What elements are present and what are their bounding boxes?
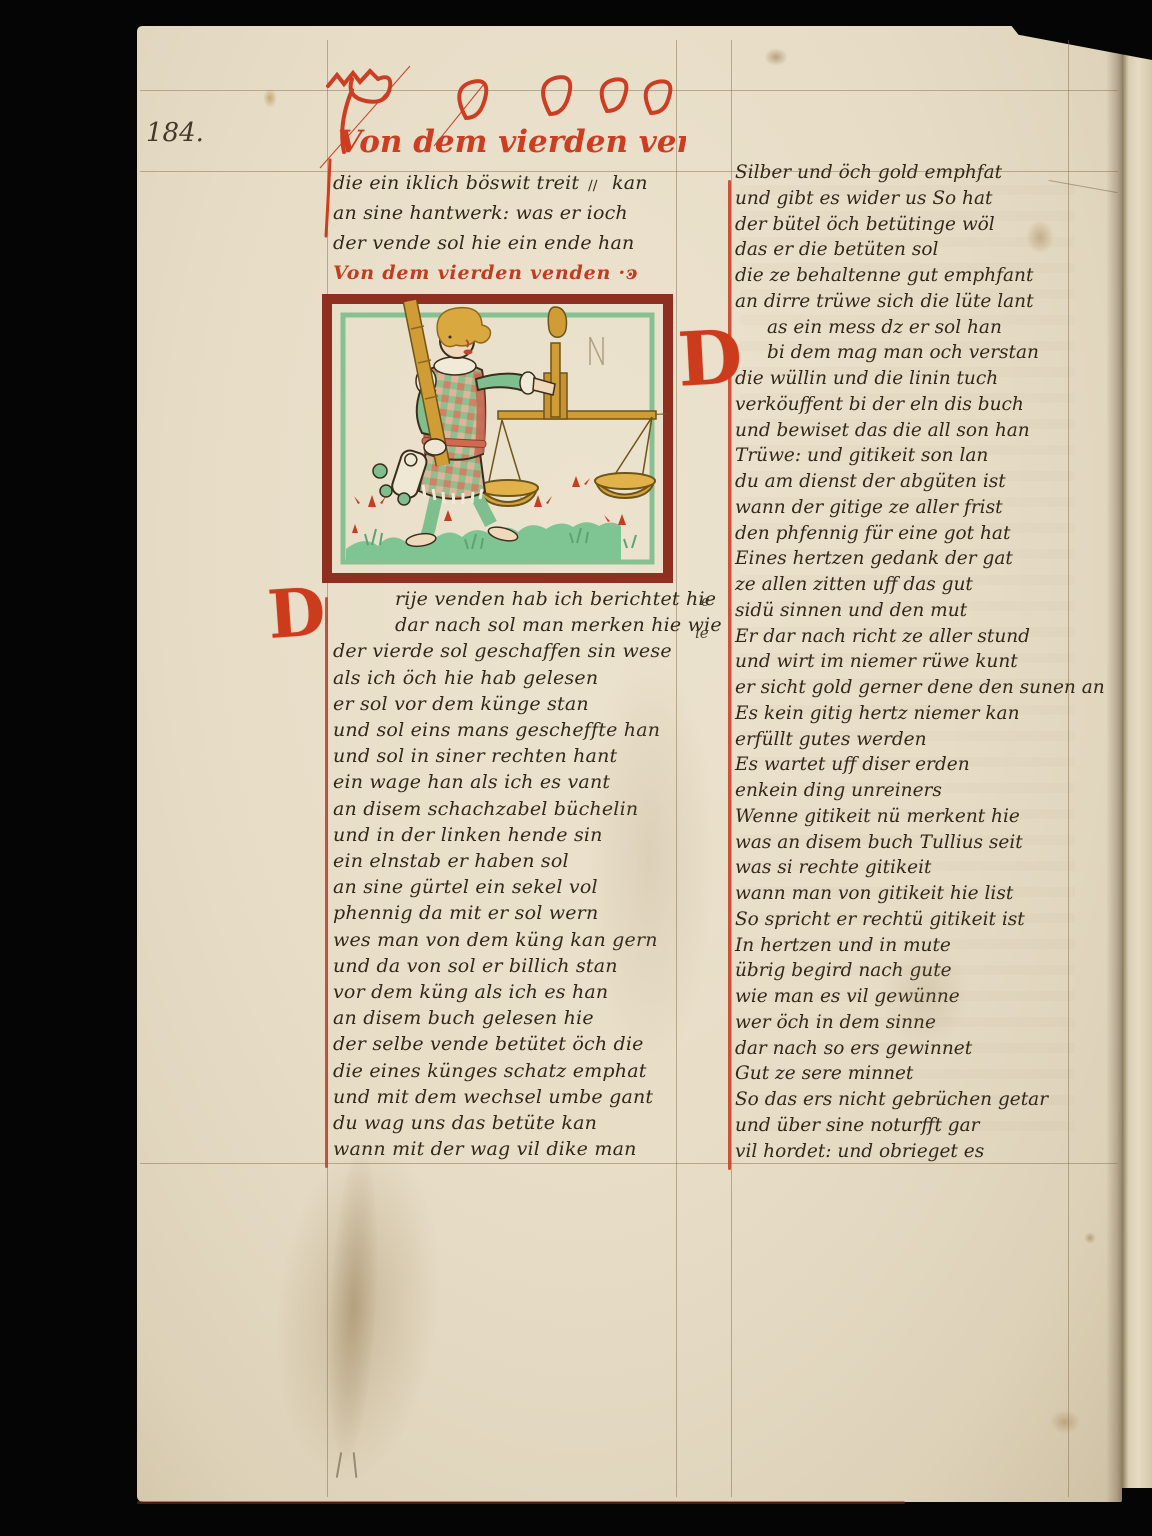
verse-line: enkein ding unreiners bbox=[735, 778, 1105, 804]
verse-line: vil hordet: und obrieget es bbox=[735, 1139, 1105, 1165]
glove bbox=[424, 439, 446, 455]
verse-line: und gibt es wider us So hat bbox=[735, 186, 1105, 212]
verse-line: Es kein gitig hertz niemer kan bbox=[735, 701, 1105, 727]
line-overflow-word: kan bbox=[612, 172, 648, 194]
pen-trial-marks bbox=[332, 1452, 372, 1492]
verse-line: as ein mess dz er sol han bbox=[767, 315, 1105, 341]
verse-line: die ze behaltenne gut emphfant bbox=[735, 263, 1105, 289]
red-column-rule bbox=[325, 597, 328, 1168]
verse-line: an dirre trüwe sich die lüte lant bbox=[735, 289, 1105, 315]
verse-line: Trüwe: und gitikeit son lan bbox=[735, 443, 1105, 469]
verse-line: und wirt im niemer rüwe kunt bbox=[735, 649, 1105, 675]
verse-line: erfüllt gutes werden bbox=[735, 727, 1105, 753]
page-gutter-fold bbox=[1106, 26, 1122, 1502]
verse-line: und sol in siner rechten hant bbox=[333, 743, 722, 769]
verse-line: der bütel öch betütinge wöl bbox=[735, 212, 1105, 238]
verse-line: In hertzen und in mute bbox=[735, 933, 1105, 959]
text-line: an sine hantwerk: was er ioch bbox=[333, 198, 638, 228]
verse-line: die eines künges schatz emphat bbox=[333, 1058, 722, 1084]
verse-line: Er dar nach richt ze aller stund bbox=[735, 624, 1105, 650]
chapter-rubric: Von dem vierden venden ·ꜿ bbox=[333, 258, 638, 288]
verse-line: an sine gürtel ein sekel vol bbox=[333, 874, 722, 900]
verse-line: wann mit der wag vil dike man bbox=[333, 1136, 722, 1162]
verse-line: was si rechte gitikeit bbox=[735, 855, 1105, 881]
lombard-initial: D bbox=[676, 320, 744, 397]
verse-line: an disem buch gelesen hie bbox=[333, 1005, 722, 1031]
verse-line: So das ers nicht gebrüchen getar bbox=[735, 1087, 1105, 1113]
manuscript-photo: 184. Von dem vierden venden die ein ikli… bbox=[0, 0, 1152, 1536]
verse-line: Eines hertzen gedank der gat bbox=[735, 546, 1105, 572]
balance-scale bbox=[478, 307, 667, 506]
verse-line: bi dem mag man och verstan bbox=[767, 340, 1105, 366]
ruling-line bbox=[731, 40, 732, 1497]
cadel-title-text: Von dem vierden venden bbox=[338, 124, 686, 160]
verse-line: phennig da mit er sol wern bbox=[333, 900, 722, 926]
verse-line: wes man von dem küng kan gern bbox=[333, 927, 722, 953]
verse-line: der selbe vende betütet öch die bbox=[333, 1031, 722, 1057]
verse-line: wann der gitige ze aller frist bbox=[735, 495, 1105, 521]
verse-line: verköuffent bi der eln dis buch bbox=[735, 392, 1105, 418]
verse-line: wann man von gitikeit hie list bbox=[735, 881, 1105, 907]
verse-line: er sol vor dem künge stan bbox=[333, 691, 722, 717]
verse-line: und in der linken hende sin bbox=[333, 822, 722, 848]
verse-line: Es wartet uff diser erden bbox=[735, 752, 1105, 778]
pen-doodle bbox=[590, 337, 603, 365]
caesura-marks: ∕∕ bbox=[588, 178, 597, 194]
verse-line: und sol eins mans gescheffte han bbox=[333, 717, 722, 743]
verse-line: vor dem küng als ich es han bbox=[333, 979, 722, 1005]
verse-line: der vierde sol geschaffen sin wese bbox=[333, 638, 722, 664]
pawn-figure bbox=[373, 301, 555, 548]
verse-line: dar nach so ers gewinnet bbox=[735, 1036, 1105, 1062]
verse-line: Gut ze sere minnet bbox=[735, 1061, 1105, 1087]
verse-line: So spricht er rechtü gitikeit ist bbox=[735, 907, 1105, 933]
next-page-edge bbox=[1122, 44, 1152, 1488]
verse-line: und mit dem wechsel umbe gant bbox=[333, 1084, 722, 1110]
verse-line: wer öch in dem sinne bbox=[735, 1010, 1105, 1036]
page-number: 184. bbox=[146, 118, 204, 148]
column1-verse: rije venden hab ich berichtet hie dar na… bbox=[333, 586, 722, 1162]
verse-line: er sicht gold gerner dene den sunen an bbox=[735, 675, 1105, 701]
text-line: der vende sol hie ein ende han bbox=[333, 228, 638, 258]
verse-line: du am dienst der abgüten ist bbox=[735, 469, 1105, 495]
verse-line: übrig begird nach gute bbox=[735, 958, 1105, 984]
verse-line: wie man es vil gewünne bbox=[735, 984, 1105, 1010]
verse-line: das er die betüten sol bbox=[735, 237, 1105, 263]
lombard-initial: D bbox=[266, 578, 328, 648]
margin-correction: ie bbox=[695, 624, 709, 642]
verse-line: den phfennig für eine got hat bbox=[735, 521, 1105, 547]
fur-collar bbox=[434, 357, 476, 375]
verse-line: Silber und öch gold emphfat bbox=[735, 160, 1105, 186]
margin-correction: e bbox=[701, 592, 710, 610]
verse-line: sidü sinnen und den mut bbox=[735, 598, 1105, 624]
verse-line: und bewiset das die all son han bbox=[735, 418, 1105, 444]
verse-line: Wenne gitikeit nü merkent hie bbox=[735, 804, 1105, 830]
verse-line: rije venden hab ich berichtet hie bbox=[395, 586, 722, 612]
verse-line: ze allen zitten uff das gut bbox=[735, 572, 1105, 598]
grass bbox=[346, 522, 621, 560]
pawn-with-balance-scales-miniature bbox=[322, 293, 674, 585]
verse-line: was an disem buch Tullius seit bbox=[735, 830, 1105, 856]
verse-line: als ich öch hie hab gelesen bbox=[333, 665, 722, 691]
verse-line: an disem schachzabel büchelin bbox=[333, 796, 722, 822]
verse-line: dar nach sol man merken hie wie bbox=[395, 612, 722, 638]
verse-line: die wüllin und die linin tuch bbox=[735, 366, 1105, 392]
verse-line: und über sine noturfft gar bbox=[735, 1113, 1105, 1139]
verse-line: und da von sol er billich stan bbox=[333, 953, 722, 979]
column2-verse: Silber und öch gold emphfat und gibt es … bbox=[735, 160, 1105, 1164]
verse-line: du wag uns das betüte kan bbox=[333, 1110, 722, 1136]
verse-line: ein wage han als ich es vant bbox=[333, 769, 722, 795]
verse-line: ein elnstab er haben sol bbox=[333, 848, 722, 874]
